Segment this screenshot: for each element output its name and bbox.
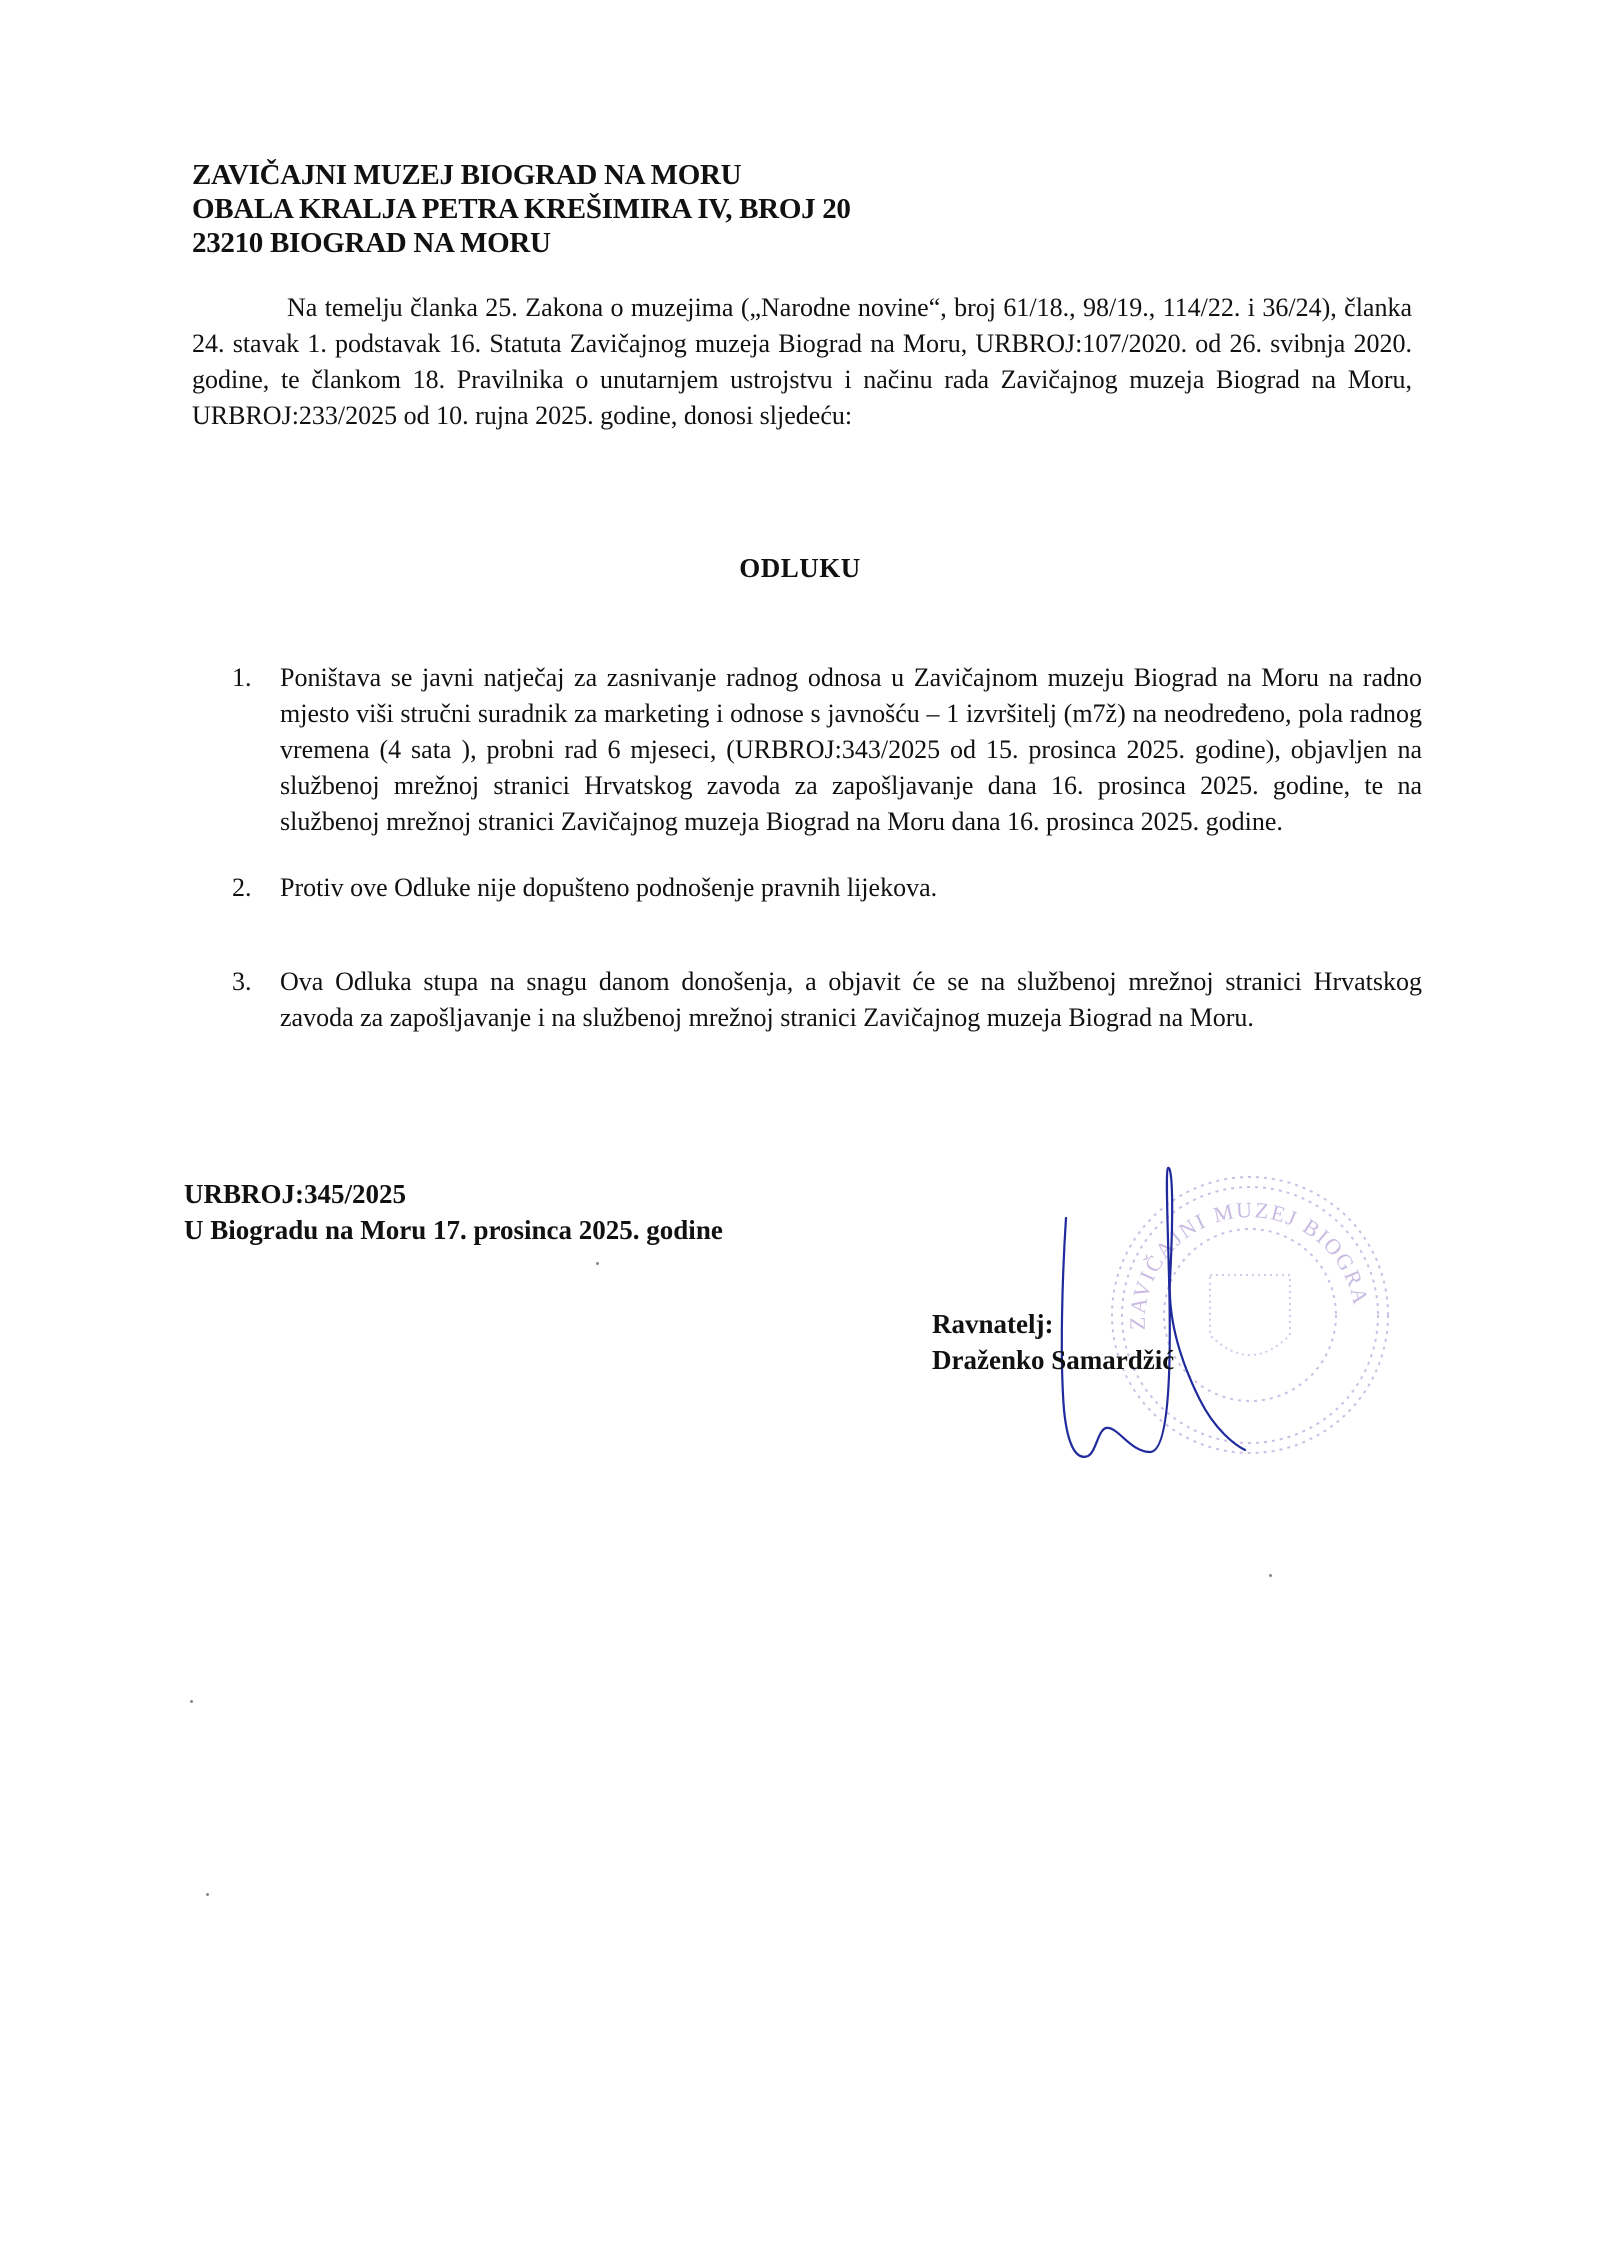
institution-city: 23210 BIOGRAD NA MORU [192, 226, 851, 260]
document-page: ZAVIČAJNI MUZEJ BIOGRAD NA MORU OBALA KR… [0, 0, 1600, 2264]
legal-basis-paragraph: Na temelju članka 25. Zakona o muzejima … [192, 290, 1412, 434]
signatory-block: Ravnatelj: Draženko Samardžić [932, 1306, 1174, 1378]
scan-speck [206, 1893, 209, 1896]
institution-header: ZAVIČAJNI MUZEJ BIOGRAD NA MORU OBALA KR… [192, 158, 851, 260]
decision-item: 3. Ova Odluka stupa na snagu danom donoš… [232, 964, 1422, 1036]
decision-item: 1. Poništava se javni natječaj za zasniv… [232, 660, 1422, 840]
decision-title: ODLUKU [0, 553, 1600, 584]
institution-address: OBALA KRALJA PETRA KREŠIMIRA IV, BROJ 20 [192, 192, 851, 226]
item-number: 3. [232, 964, 252, 1000]
item-text: Ova Odluka stupa na snagu danom donošenj… [280, 967, 1422, 1032]
item-text: Protiv ove Odluke nije dopušteno podnoše… [280, 873, 937, 902]
item-number: 2. [232, 870, 252, 906]
scan-speck [190, 1700, 193, 1703]
document-footer: URBROJ:345/2025 U Biogradu na Moru 17. p… [184, 1176, 723, 1248]
institution-name: ZAVIČAJNI MUZEJ BIOGRAD NA MORU [192, 158, 851, 192]
place-and-date: U Biogradu na Moru 17. prosinca 2025. go… [184, 1212, 723, 1248]
signatory-name: Draženko Samardžić [932, 1342, 1174, 1378]
decision-items: 1. Poništava se javni natječaj za zasniv… [232, 660, 1422, 1036]
scan-speck [1269, 1574, 1272, 1577]
scan-speck [596, 1262, 599, 1265]
decision-item: 2. Protiv ove Odluke nije dopušteno podn… [232, 870, 1422, 906]
signatory-role: Ravnatelj: [932, 1306, 1174, 1342]
urbroj-number: URBROJ:345/2025 [184, 1176, 723, 1212]
item-text: Poništava se javni natječaj za zasnivanj… [280, 663, 1422, 836]
item-number: 1. [232, 660, 252, 696]
